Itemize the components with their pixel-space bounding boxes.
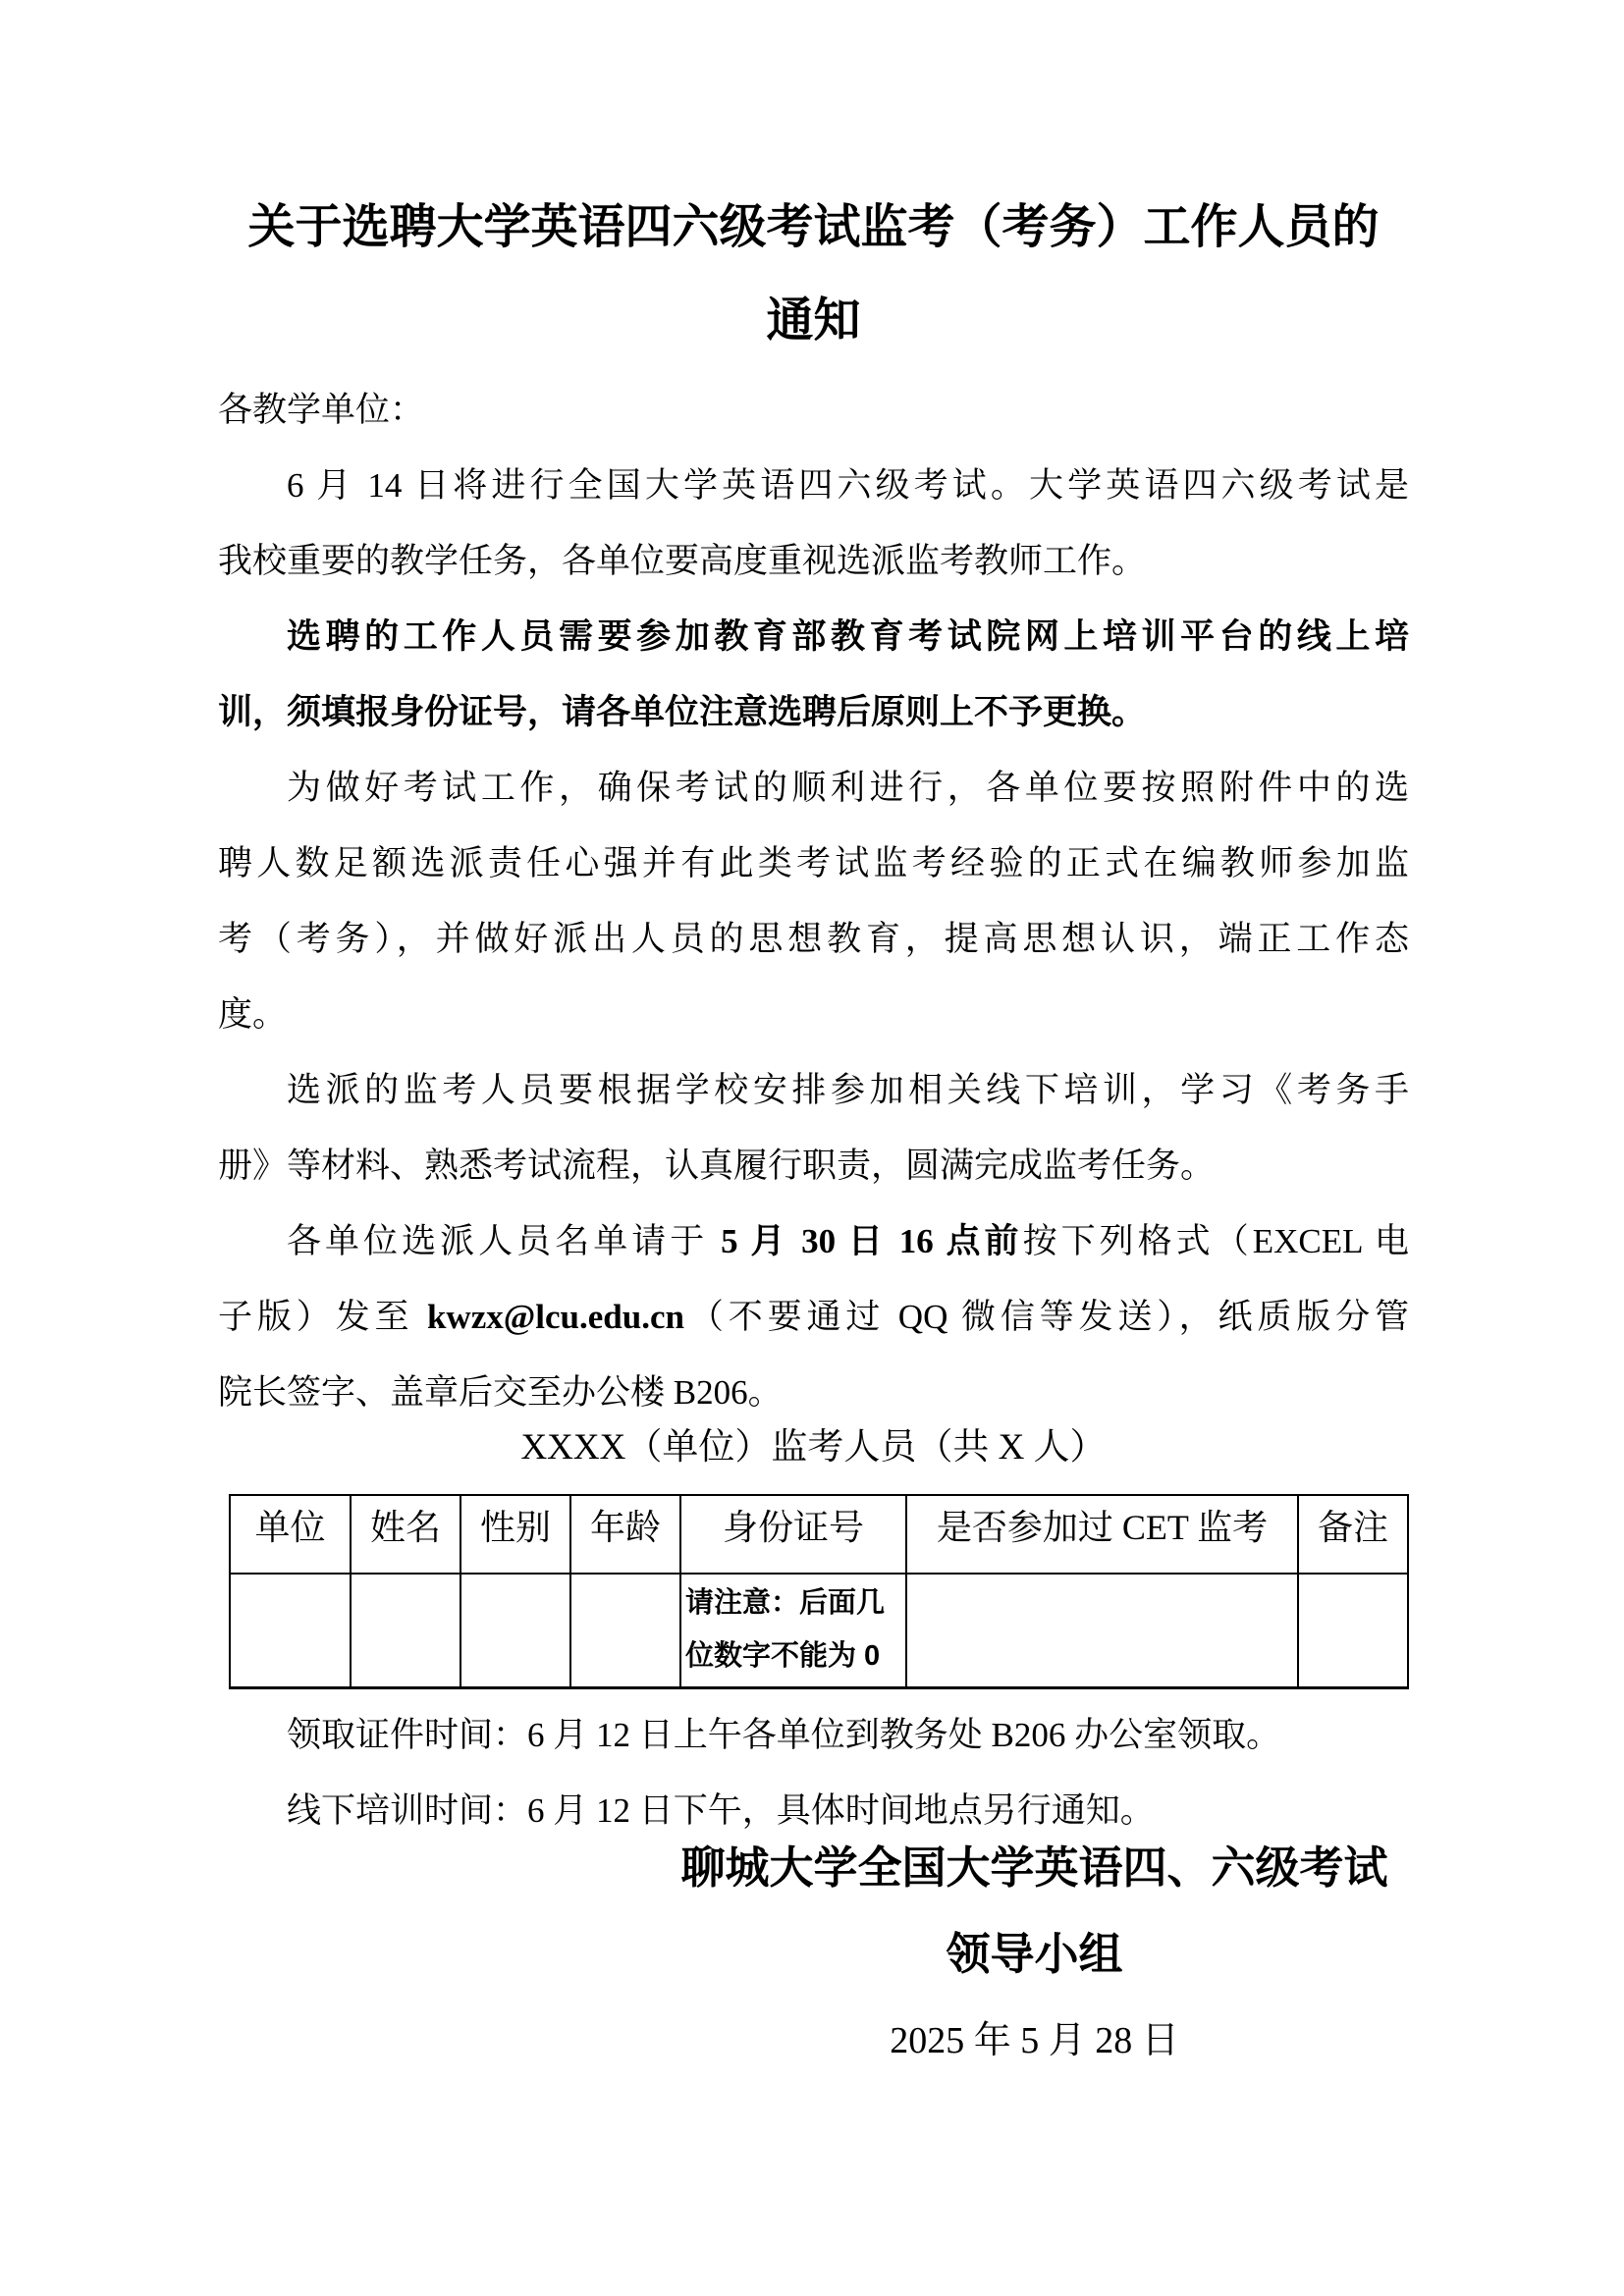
signature-block: 聊城大学全国大学英语四、六级考试 领导小组 2025 年 5 月 28 日 <box>439 1825 1624 2084</box>
text-run: 按下列格式（EXCEL 电 <box>1023 1222 1409 1260</box>
id-number-note-cell: 请注意：后面几位数字不能为 0 <box>680 1574 906 1688</box>
empty-table-cell <box>570 1574 680 1688</box>
salutation: 各教学单位： <box>218 372 1409 448</box>
table-header-row: 单位姓名性别年龄身份证号是否参加过 CET 监考备注 <box>230 1495 1408 1574</box>
bold-text-run: 5 月 30 日 16 点前 <box>721 1222 1023 1260</box>
body-line: 6 月 14 日将进行全国大学英语四六级考试。大学英语四六级考试是 <box>218 448 1409 523</box>
table-header-cell: 是否参加过 CET 监考 <box>906 1495 1298 1574</box>
signature-org-line-2: 领导小组 <box>439 1911 1624 1998</box>
body-line: 考（考务），并做好派出人员的思想教育，提高思想认识，端正工作态 <box>218 901 1409 977</box>
text-run: 院长签字、盖章后交至办公楼 B206。 <box>218 1373 783 1412</box>
empty-table-cell <box>351 1574 460 1688</box>
table-header-cell: 姓名 <box>351 1495 460 1574</box>
body-line: 子版）发至 kwzx@lcu.edu.cn（不要通过 QQ 微信等发送），纸质版… <box>218 1279 1409 1355</box>
text-run: 册》等材料、熟悉考试流程，认真履行职责，圆满完成监考任务。 <box>218 1147 1215 1185</box>
text-run: 度。 <box>218 995 287 1034</box>
text-run: （不要通过 QQ 微信等发送），纸质版分管 <box>684 1298 1409 1336</box>
table-body-row: 请注意：后面几位数字不能为 0 <box>230 1574 1408 1688</box>
body-line: 选派的监考人员要根据学校安排参加相关线下培训，学习《考务手 <box>218 1052 1409 1128</box>
document-body: 各教学单位： 6 月 14 日将进行全国大学英语四六级考试。大学英语四六级考试是… <box>218 372 1409 1430</box>
text-run: 考（考务），并做好派出人员的思想教育，提高思想认识，端正工作态 <box>218 920 1409 958</box>
body-line: 度。 <box>218 977 1409 1052</box>
empty-table-cell <box>1298 1574 1408 1688</box>
text-run: 选派的监考人员要根据学校安排参加相关线下培训，学习《考务手 <box>287 1071 1409 1109</box>
body-line: 为做好考试工作，确保考试的顺利进行，各单位要按照附件中的选 <box>218 750 1409 826</box>
body-line: 聘人数足额选派责任心强并有此类考试监考经验的正式在编教师参加监 <box>218 826 1409 901</box>
document-title-line-2: 通知 <box>218 274 1409 367</box>
document-title-line-1: 关于选聘大学英语四六级考试监考（考务）工作人员的 <box>218 181 1409 274</box>
text-run: 6 月 14 日将进行全国大学英语四六级考试。大学英语四六级考试是 <box>287 466 1409 505</box>
body-line: 册》等材料、熟悉考试流程，认真履行职责，圆满完成监考任务。 <box>218 1128 1409 1203</box>
body-line: 选聘的工作人员需要参加教育部教育考试院网上培训平台的线上培 <box>218 599 1409 674</box>
text-run: 为做好考试工作，确保考试的顺利进行，各单位要按照附件中的选 <box>287 769 1409 807</box>
footer-line: 领取证件时间：6 月 12 日上午各单位到教务处 B206 办公室领取。 <box>218 1697 1409 1773</box>
body-paragraph-lines: 6 月 14 日将进行全国大学英语四六级考试。大学英语四六级考试是我校重要的教学… <box>218 448 1409 1430</box>
body-line: 各单位选派人员名单请于 5 月 30 日 16 点前按下列格式（EXCEL 电 <box>218 1203 1409 1279</box>
empty-table-cell <box>230 1574 351 1688</box>
table-header-cell: 性别 <box>460 1495 570 1574</box>
text-run: 子版）发至 <box>218 1298 427 1336</box>
body-line: 我校重要的教学任务，各单位要高度重视选派监考教师工作。 <box>218 523 1409 599</box>
table-header-cell: 备注 <box>1298 1495 1408 1574</box>
invigilator-roster-table: 单位姓名性别年龄身份证号是否参加过 CET 监考备注 请注意：后面几位数字不能为… <box>229 1494 1409 1689</box>
bold-text-run: kwzx@lcu.edu.cn <box>427 1298 684 1336</box>
bold-text-run: 训，须填报身份证号，请各单位注意选聘后原则上不予更换。 <box>218 693 1146 731</box>
id-note-line: 位数字不能为 0 <box>685 1629 901 1682</box>
table-header-cell: 身份证号 <box>680 1495 906 1574</box>
text-run: 聘人数足额选派责任心强并有此类考试监考经验的正式在编教师参加监 <box>218 844 1409 882</box>
empty-table-cell <box>460 1574 570 1688</box>
text-run: 我校重要的教学任务，各单位要高度重视选派监考教师工作。 <box>218 542 1146 580</box>
table-header-cell: 单位 <box>230 1495 351 1574</box>
bold-text-run: 选聘的工作人员需要参加教育部教育考试院网上培训平台的线上培 <box>287 617 1409 656</box>
empty-table-cell <box>906 1574 1298 1688</box>
signature-org-line-1: 聊城大学全国大学英语四、六级考试 <box>439 1825 1624 1911</box>
signature-date: 2025 年 5 月 28 日 <box>439 1998 1624 2084</box>
id-note-line: 请注意：后面几 <box>685 1576 901 1629</box>
body-line: 训，须填报身份证号，请各单位注意选聘后原则上不予更换。 <box>218 674 1409 750</box>
text-run: 各单位选派人员名单请于 <box>287 1222 721 1260</box>
notice-document-page: 关于选聘大学英语四六级考试监考（考务）工作人员的 通知 各教学单位： 6 月 1… <box>0 0 1624 2296</box>
text-run: 领取证件时间：6 月 12 日上午各单位到教务处 B206 办公室领取。 <box>287 1716 1280 1754</box>
table-header-cell: 年龄 <box>570 1495 680 1574</box>
